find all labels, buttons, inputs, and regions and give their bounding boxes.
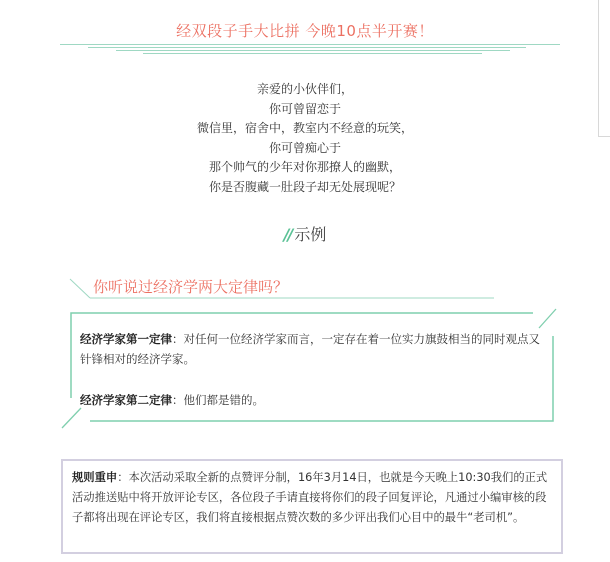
law-label: 经济学家第一定律	[80, 332, 172, 346]
law-body: 他们都是错的。	[184, 393, 265, 407]
laws-box: 经济学家第一定律：对任何一位经济学家而言，一定存在着一位实力旗鼓相当的同时观点又…	[80, 329, 550, 410]
rules-body: 本次活动采取全新的点赞评分制，16年3月14日，也就是今天晚上10:30我们的正…	[72, 471, 547, 524]
law-label: 经济学家第二定律	[80, 393, 172, 407]
rules-label: 规则重申	[72, 471, 117, 484]
law-second: 经济学家第二定律：他们都是错的。	[80, 390, 550, 410]
law-first: 经济学家第一定律：对任何一位经济学家而言，一定存在着一位实力旗鼓相当的同时观点又…	[80, 329, 550, 369]
rules-text: 规则重申：本次活动采取全新的点赞评分制，16年3月14日，也就是今天晚上10:3…	[72, 468, 557, 528]
question-heading: 你听说过经济学两大定律吗？	[93, 276, 288, 297]
